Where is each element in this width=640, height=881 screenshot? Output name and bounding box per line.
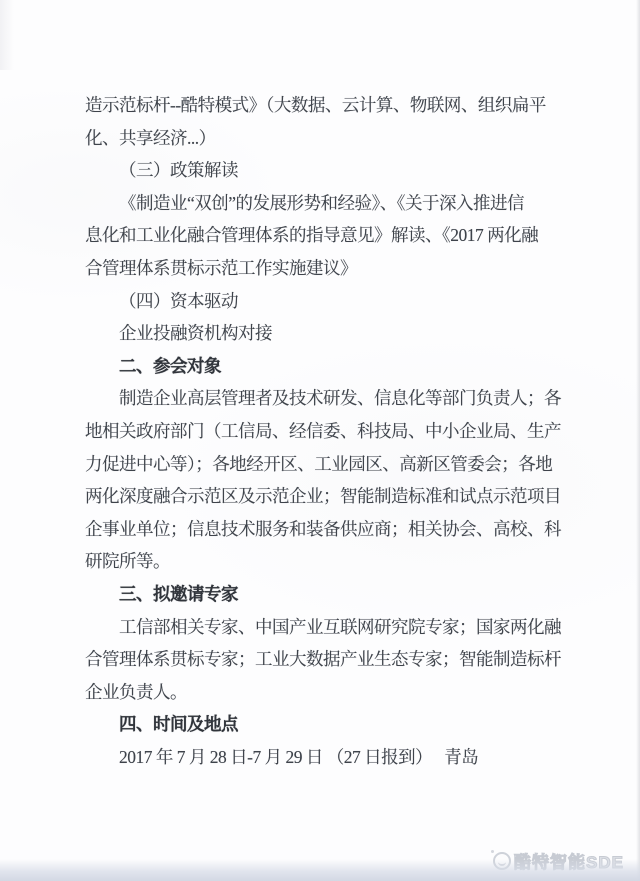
document-line: 两化深度融合示范区及示范企业；智能制造标准和试点示范项目 <box>85 480 614 513</box>
scan-bottom-shadow <box>0 859 640 881</box>
date-location-line: 2017 年 7 月 28 日-7 月 29 日 （27 日报到） 青岛 <box>85 741 614 774</box>
document-line: 《制造业“双创”的发展形势和经验》、《关于深入推进信 <box>85 187 614 220</box>
document-line: 合管理体系贯标专家；工业大数据产业生态专家；智能制造标杆 <box>85 643 614 676</box>
scanned-document-page: 造示范标杆--酷特模式》（大数据、云计算、物联网、组织扁平 化、共享经济...）… <box>0 0 640 881</box>
subsection-heading: （三）政策解读 <box>85 154 614 187</box>
document-line: 化、共享经济...） <box>85 122 614 155</box>
document-line: 地相关政府部门（工信局、经信委、科技局、中小企业局、生产 <box>85 415 614 448</box>
document-line: 企业投融资机构对接 <box>85 317 614 350</box>
document-line: 合管理体系贯标示范工作实施建议》 <box>85 252 614 285</box>
document-line: 企业负责人。 <box>85 676 614 709</box>
document-line: 制造企业高层管理者及技术研发、信息化等部门负责人；各 <box>85 382 614 415</box>
document-line: 力促进中心等）；各地经开区、工业园区、高新区管委会；各地 <box>85 448 614 481</box>
scan-smudge <box>0 0 14 70</box>
scan-edge-line <box>636 0 640 881</box>
document-line: 研院所等。 <box>85 545 614 578</box>
document-line: 造示范标杆--酷特模式》（大数据、云计算、物联网、组织扁平 <box>85 89 614 122</box>
document-line: 工信部相关专家、中国产业互联网研究院专家；国家两化融 <box>85 611 614 644</box>
document-body: 造示范标杆--酷特模式》（大数据、云计算、物联网、组织扁平 化、共享经济...）… <box>85 89 614 773</box>
document-line: 企事业单位；信息技术服务和装备供应商；相关协会、高校、科 <box>85 513 614 546</box>
section-heading: 二、参会对象 <box>85 350 614 383</box>
subsection-heading: （四）资本驱动 <box>85 285 614 318</box>
section-heading: 三、拟邀请专家 <box>85 578 614 611</box>
section-heading: 四、时间及地点 <box>85 708 614 741</box>
document-line: 息化和工业化融合管理体系的指导意见》解读、《2017 两化融 <box>85 219 614 252</box>
